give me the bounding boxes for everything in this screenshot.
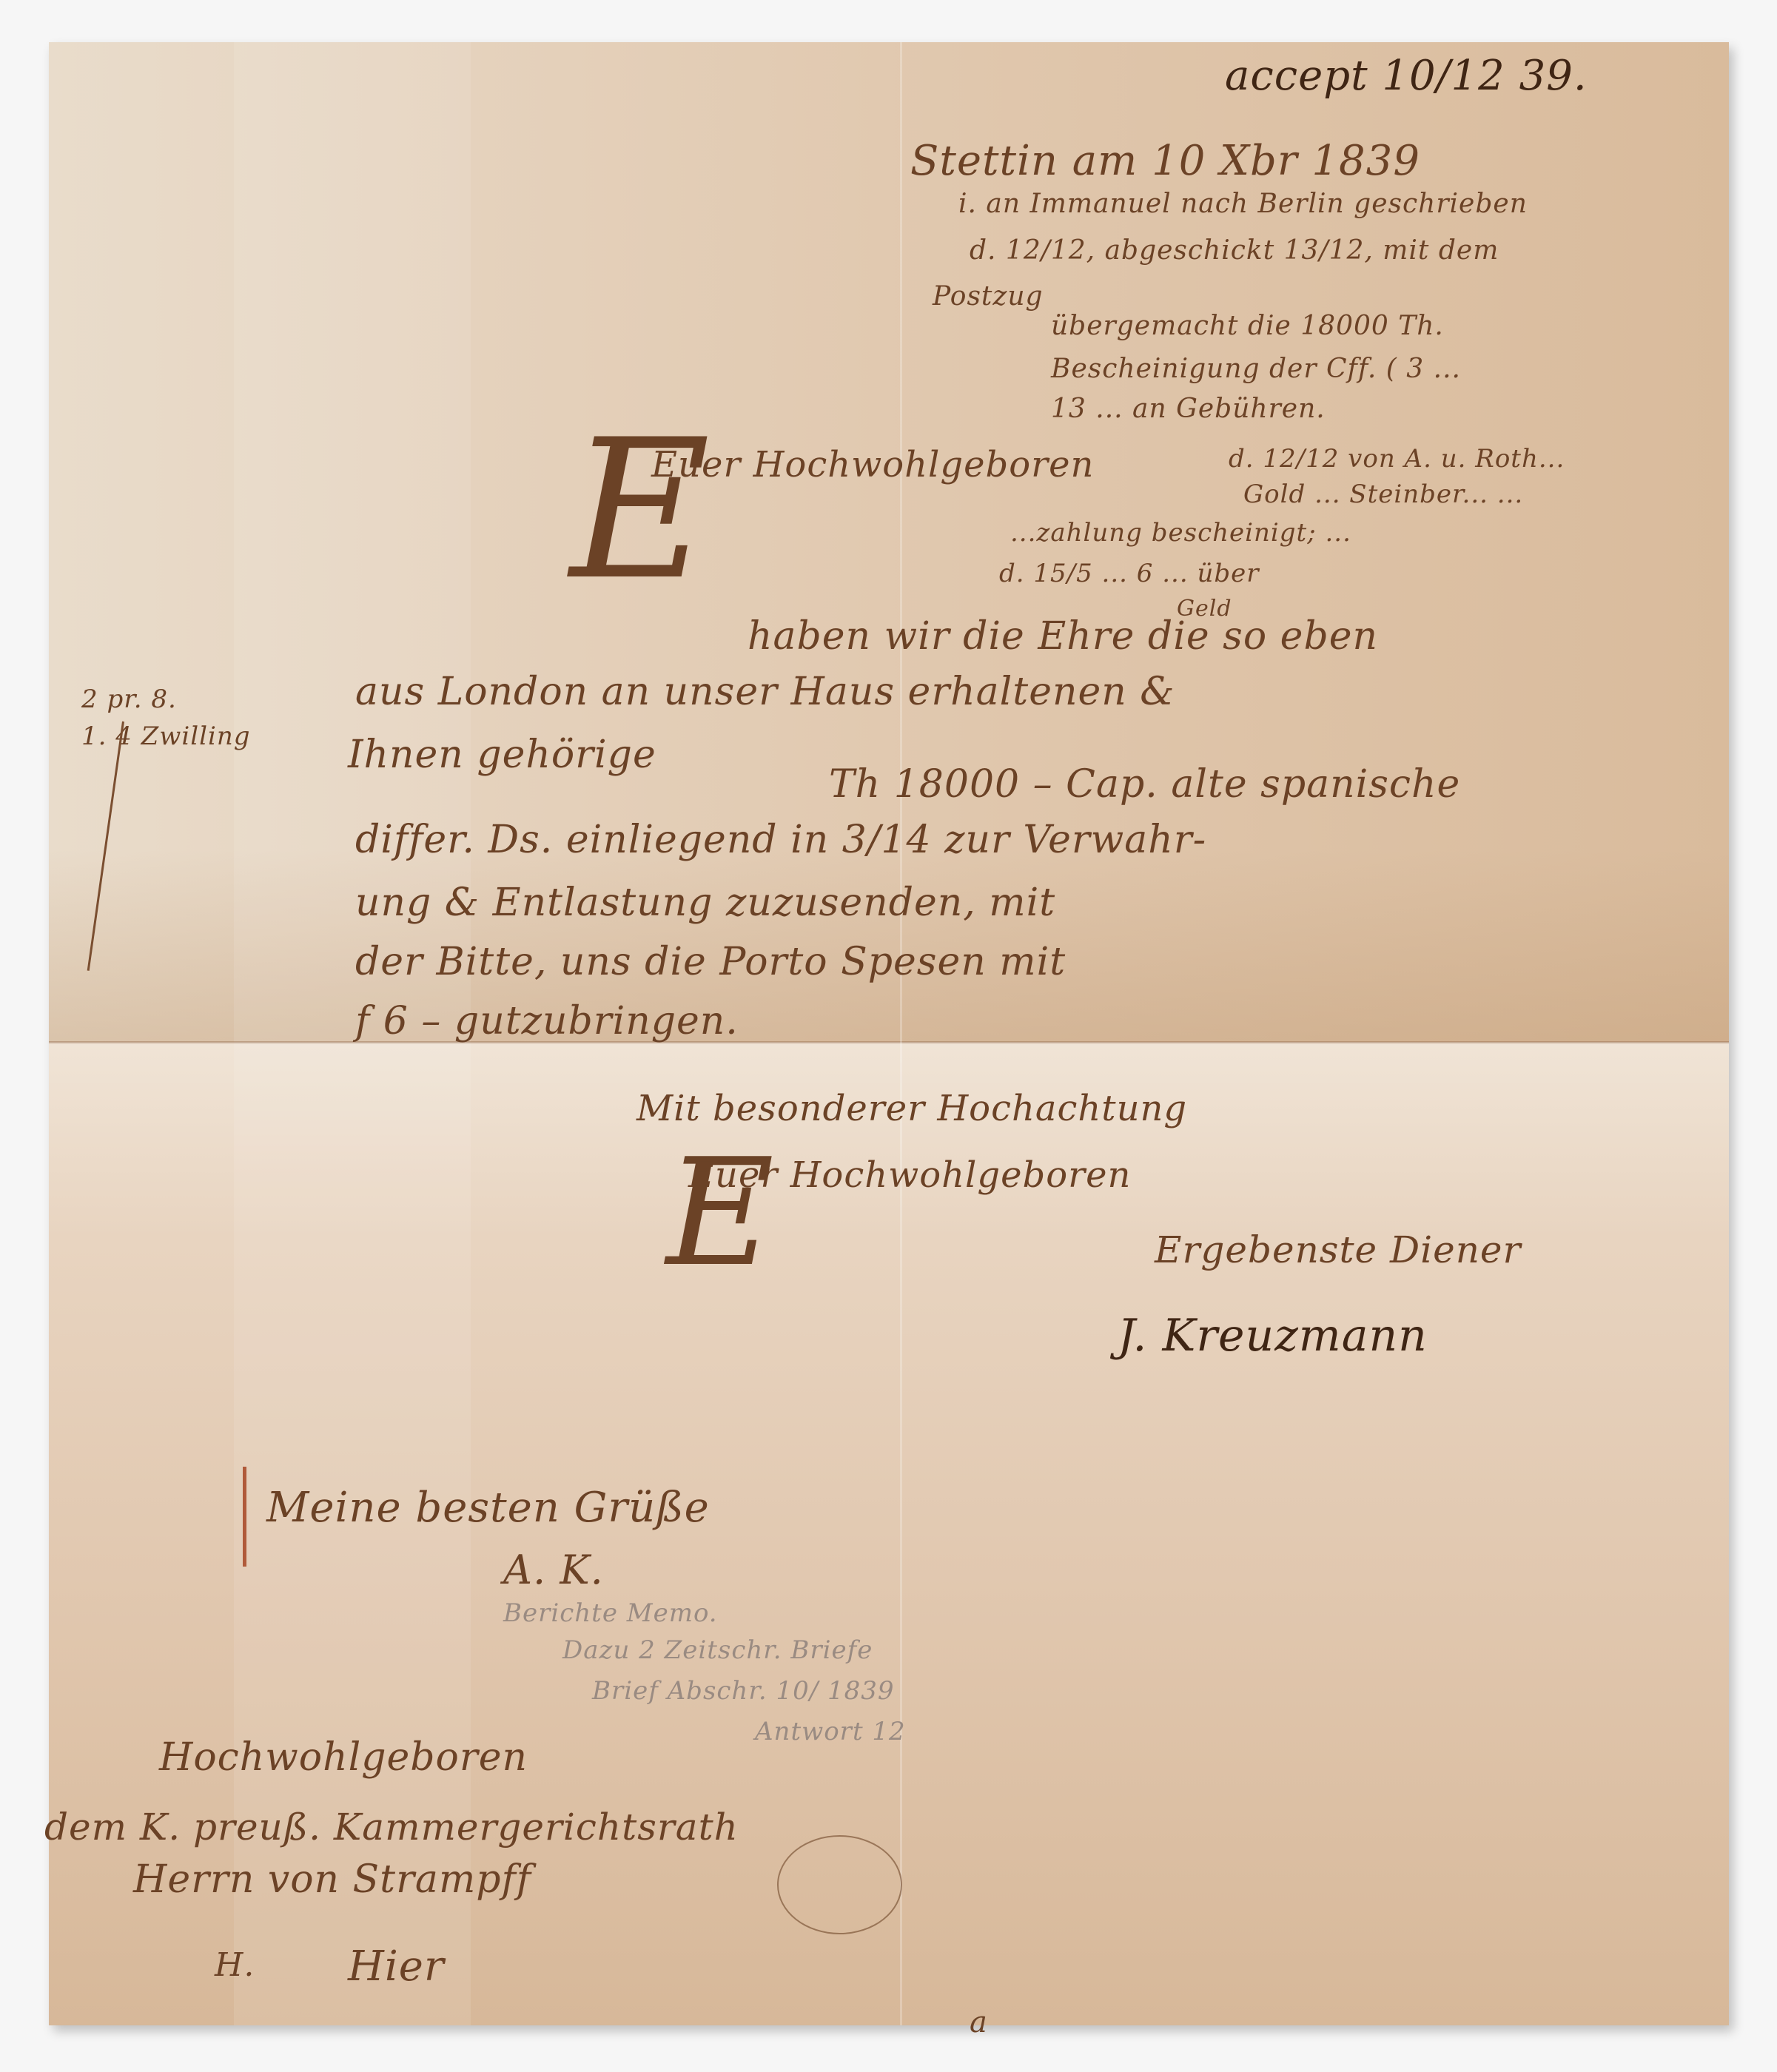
salutation: Euer Hochwohlgeboren (651, 444, 1094, 485)
body-line: der Bitte, uns die Porto Spesen mit (355, 940, 1066, 984)
marginal-note-line: Bescheinigung der Cff. ( 3 ... (1051, 354, 1461, 384)
red-margin-mark (243, 1467, 246, 1567)
marginal-note-line: ...zahlung bescheinigt; ... (1010, 518, 1351, 548)
marginal-note-line: d. 12/12, abgeschickt 13/12, mit dem (970, 235, 1499, 266)
marginal-note-line: i. an Immanuel nach Berlin geschrieben (958, 189, 1528, 219)
body-line: f 6 – gutzubringen. (355, 999, 739, 1043)
left-margin-note: 2 pr. 8. (81, 684, 177, 714)
pencil-line: Berichte Memo. (503, 1598, 718, 1628)
seal-circle (777, 1835, 902, 1934)
body-line: differ. Ds. einliegend in 3/14 zur Verwa… (355, 818, 1206, 862)
place-date: Stettin am 10 Xbr 1839 (910, 137, 1420, 185)
postscript-initials: A. K. (503, 1547, 604, 1593)
pencil-line: Dazu 2 Zeitschr. Briefe (562, 1635, 873, 1665)
horizontal-fold (49, 1041, 1729, 1043)
postscript: Meine besten Grüße (266, 1484, 710, 1532)
marginal-note-line: übergemacht die 18000 Th. (1051, 311, 1444, 341)
body-line: aus London an unser Haus erhaltenen & (355, 670, 1175, 714)
address-line: dem K. preuß. Kammergerichtsrath (44, 1806, 739, 1849)
closing: Mit besonderer Hochachtung (636, 1088, 1187, 1129)
pencil-line: Antwort 12 (755, 1717, 906, 1746)
body-line: haben wir die Ehre die so eben (748, 614, 1378, 659)
body-line: ung & Entlastung zuzusenden, mit (355, 881, 1055, 925)
address-prefix: H. (215, 1946, 255, 1984)
marginal-note-line: d. 15/5 ... 6 ... über (999, 559, 1259, 588)
flourish-initial: E (570, 414, 711, 607)
receipt-note: accept 10/12 39. (1225, 52, 1588, 100)
address-line: Hochwohlgeboren (159, 1735, 528, 1780)
closing-title: Ergebenste Diener (1155, 1228, 1521, 1271)
page-mark: a (970, 2005, 988, 2039)
pencil-line: Brief Abschr. 10/ 1839 (592, 1676, 895, 1706)
body-line: Ihnen gehörige (348, 733, 656, 777)
address-line: Hier (348, 1942, 445, 1991)
signature: J. Kreuzmann (1118, 1310, 1428, 1362)
marginal-note-line: 13 ... an Gebühren. (1051, 394, 1326, 424)
address-line: Herrn von Strampff (133, 1857, 531, 1902)
marginal-note-line: Postzug (933, 281, 1044, 312)
marginal-note-line: d. 12/12 von A. u. Roth... (1229, 444, 1565, 474)
marginal-note-line: Gold ... Steinber... ... (1243, 480, 1523, 509)
left-margin-note: 1. 4 Zwilling (81, 721, 251, 751)
closing-salutation: Euer Hochwohlgeboren (688, 1154, 1131, 1196)
body-line: Th 18000 – Cap. alte spanische (829, 762, 1460, 807)
